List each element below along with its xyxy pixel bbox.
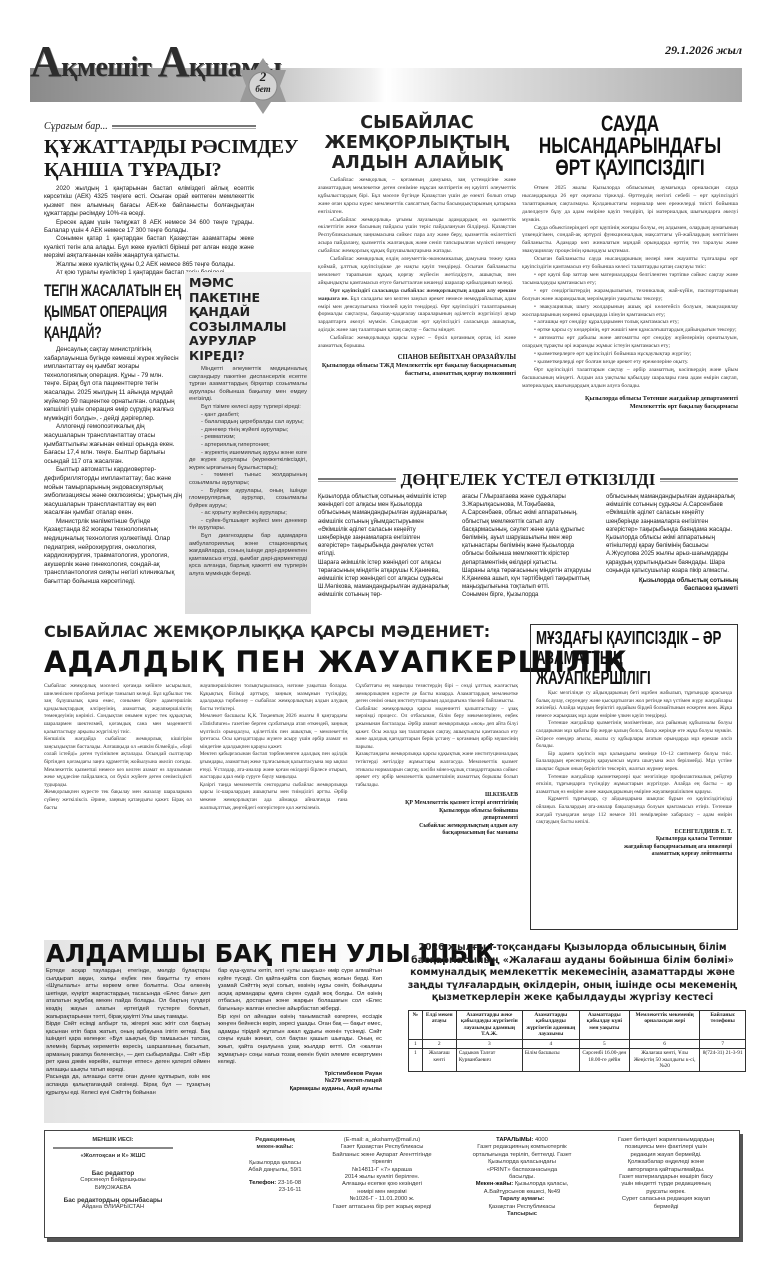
article-docs: ҚҰЖАТТАРДЫ РӘСІМДЕУ ҚАНША ТҰРАДЫ? 2020 ж… [44, 136, 256, 277]
article-roundtable-signature: Қызылорда облыстық сотының баспасөз қызм… [606, 577, 738, 593]
page-number: 2 бет [240, 70, 286, 95]
article-honesty-kicker: СЫБАЙЛАС ЖЕМҚОРЛЫҚҚА ҚАРСЫ МӘДЕНИЕТ: [44, 623, 518, 641]
schedule-table: № Елді мекен атауы Азаматтарды жеке қабы… [408, 1010, 746, 1072]
imprint-disclaimer: Газет бетіндегі жарияланымдардың позиция… [601, 1137, 731, 1211]
article-roundtable-header: ДӨҢГЕЛЕК ҮСТЕЛ ӨТКІЗІЛДІ [318, 470, 738, 490]
schedule-title: 2026 жылғы І-тоқсандағы Қызылорда облысы… [400, 942, 745, 1005]
article-fire-signature: Қызылорда облысы Төтенше жағдайлар депар… [522, 395, 738, 411]
article-honesty: СЫБАЙЛАС ЖЕМҚОРЛЫҚҚА ҚАРСЫ МӘДЕНИЕТ: АДА… [44, 623, 518, 838]
article-corruption: СЫБАЙЛАС ЖЕМҚОРЛЫҚТЫҢ АЛДЫН АЛАЙЫҚ Сыбай… [318, 113, 516, 378]
rubric-rule [112, 125, 256, 129]
schedule-index-row: 1 2 3 4 5 6 7 [409, 1039, 746, 1049]
article-corruption-body: Сыбайлас жемқорлық – қоғамның дамуына, з… [318, 177, 516, 351]
article-operation-title: ТЕГІН ЖАСАЛАТЫН ЕҢ ҚЫМБАТ ОПЕРАЦИЯ ҚАНДА… [44, 280, 182, 343]
article-ice-title: МҰЗДАҒЫ ҚАУІПСІЗДІК – ӘР АЗАМАТТЫҢ ЖАУАП… [536, 628, 736, 688]
article-moms-body: Міндетті әлеуметтік медициналық сақтанды… [189, 366, 307, 579]
rubric: Сұрағым бар... [44, 121, 256, 132]
article-story-signature: Үрістимбеков Рауан №279 мектеп-лицей Қар… [218, 1071, 382, 1094]
article-honesty-signature: Ш.КІЗБАЕВ ҚР Мемлекеттік қызмет істері а… [355, 792, 518, 838]
imprint-box: МЕНШІК ИЕСІ: «Жолтоқсан и К» ЖШС Бас ред… [44, 1130, 740, 1238]
article-roundtable: ДӨҢГЕЛЕК ҮСТЕЛ ӨТКІЗІЛДІ Қызылорда облыс… [318, 470, 738, 600]
schedule: 2026 жылғы І-тоқсандағы Қызылорда облысы… [400, 942, 745, 1072]
article-corruption-title: СЫБАЙЛАС ЖЕМҚОРЛЫҚТЫҢ АЛДЫН АЛАЙЫҚ [318, 113, 516, 173]
article-honesty-title: АДАЛДЫҚ ПЕН ЖАУАПКЕРШІЛІК [44, 645, 518, 679]
issue-date: 29.1.2026 жыл [665, 43, 742, 58]
article-operation-body: Денсаулық сақтау министрлігінің хабарлау… [44, 346, 182, 587]
article-roundtable-title: ДӨҢГЕЛЕК ҮСТЕЛ ӨТКІЗІЛДІ [401, 470, 656, 490]
imprint-address: Редакцияның мекен-жайы: Қызылорда қаласы… [225, 1137, 325, 1194]
article-roundtable-body: Қызылорда облыстық сотының әкімшілік іст… [318, 493, 738, 600]
article-story: АЛДАМШЫ БАҚ ПЕН УЛЫ ШЫҚ Ертеде асқар тау… [44, 940, 384, 1123]
imprint-circulation: ТАРАЛЫМЫ: 4000 Газет редакцияның компьют… [463, 1137, 581, 1218]
article-operation: ТЕГІН ЖАСАЛАТЫН ЕҢ ҚЫМБАТ ОПЕРАЦИЯ ҚАНДА… [44, 280, 182, 587]
article-fire: САУДА НЫСАНДАРЫНДАҒЫ ӨРТ ҚАУІПСІЗДІГІ Өт… [522, 113, 738, 411]
article-fire-body: Өткен 2025 жылы Қызылорда облысының аума… [522, 185, 738, 391]
article-ice: МҰЗДАҒЫ ҚАУІПСІЗДІК – ӘР АЗАМАТТЫҢ ЖАУАП… [530, 624, 738, 930]
imprint-owner: МЕНШІК ИЕСІ: «Жолтоқсан и К» ЖШС Бас ред… [53, 1137, 173, 1212]
article-fire-title: САУДА НЫСАНДАРЫНДАҒЫ ӨРТ ҚАУІПСІЗДІГІ [522, 113, 738, 179]
article-moms-title: МӘМС ПАКЕТІНЕ ҚАНДАЙ СОЗЫЛМАЛЫ АУРУЛАР К… [189, 276, 307, 363]
article-story-title: АЛДАМШЫ БАҚ ПЕН УЛЫ ШЫҚ [44, 940, 384, 968]
article-corruption-signature: СПАНОВ БЕЙБІТХАН ОРАЗАЙҰЛЫ Қызылорда обл… [318, 354, 516, 378]
article-story-body: Ертеде асқар таулардың етегінде, мөлдір … [44, 968, 384, 1097]
article-docs-title: ҚҰЖАТТАРДЫ РӘСІМДЕУ ҚАНША ТҰРАДЫ? [44, 136, 256, 182]
table-row: 1 Жалағаш кенті Садыков Талғат Курванбае… [409, 1049, 746, 1072]
schedule-header-row: № Елді мекен атауы Азаматтарды жеке қабы… [409, 1010, 746, 1039]
article-ice-body: Қыс мезгілінде су айдындарының беті мұзб… [536, 690, 732, 827]
imprint-registration: (E-mail: a_akshamy@mail.ru) Газет Қазақс… [317, 1137, 447, 1211]
article-moms: МӘМС ПАКЕТІНЕ ҚАНДАЙ СОЗЫЛМАЛЫ АУРУЛАР К… [185, 272, 311, 614]
article-docs-body: 2020 жылдың 1 қаңтарынан бастап елімізде… [44, 185, 254, 277]
article-ice-signature: ЕСЕНГЕЛДИЕВ Е. Т. Қызылорда қаласы Төтен… [536, 829, 732, 859]
article-honesty-body: Сыбайлас жемқорлық мәселесі қоғамда кейі… [44, 683, 518, 838]
